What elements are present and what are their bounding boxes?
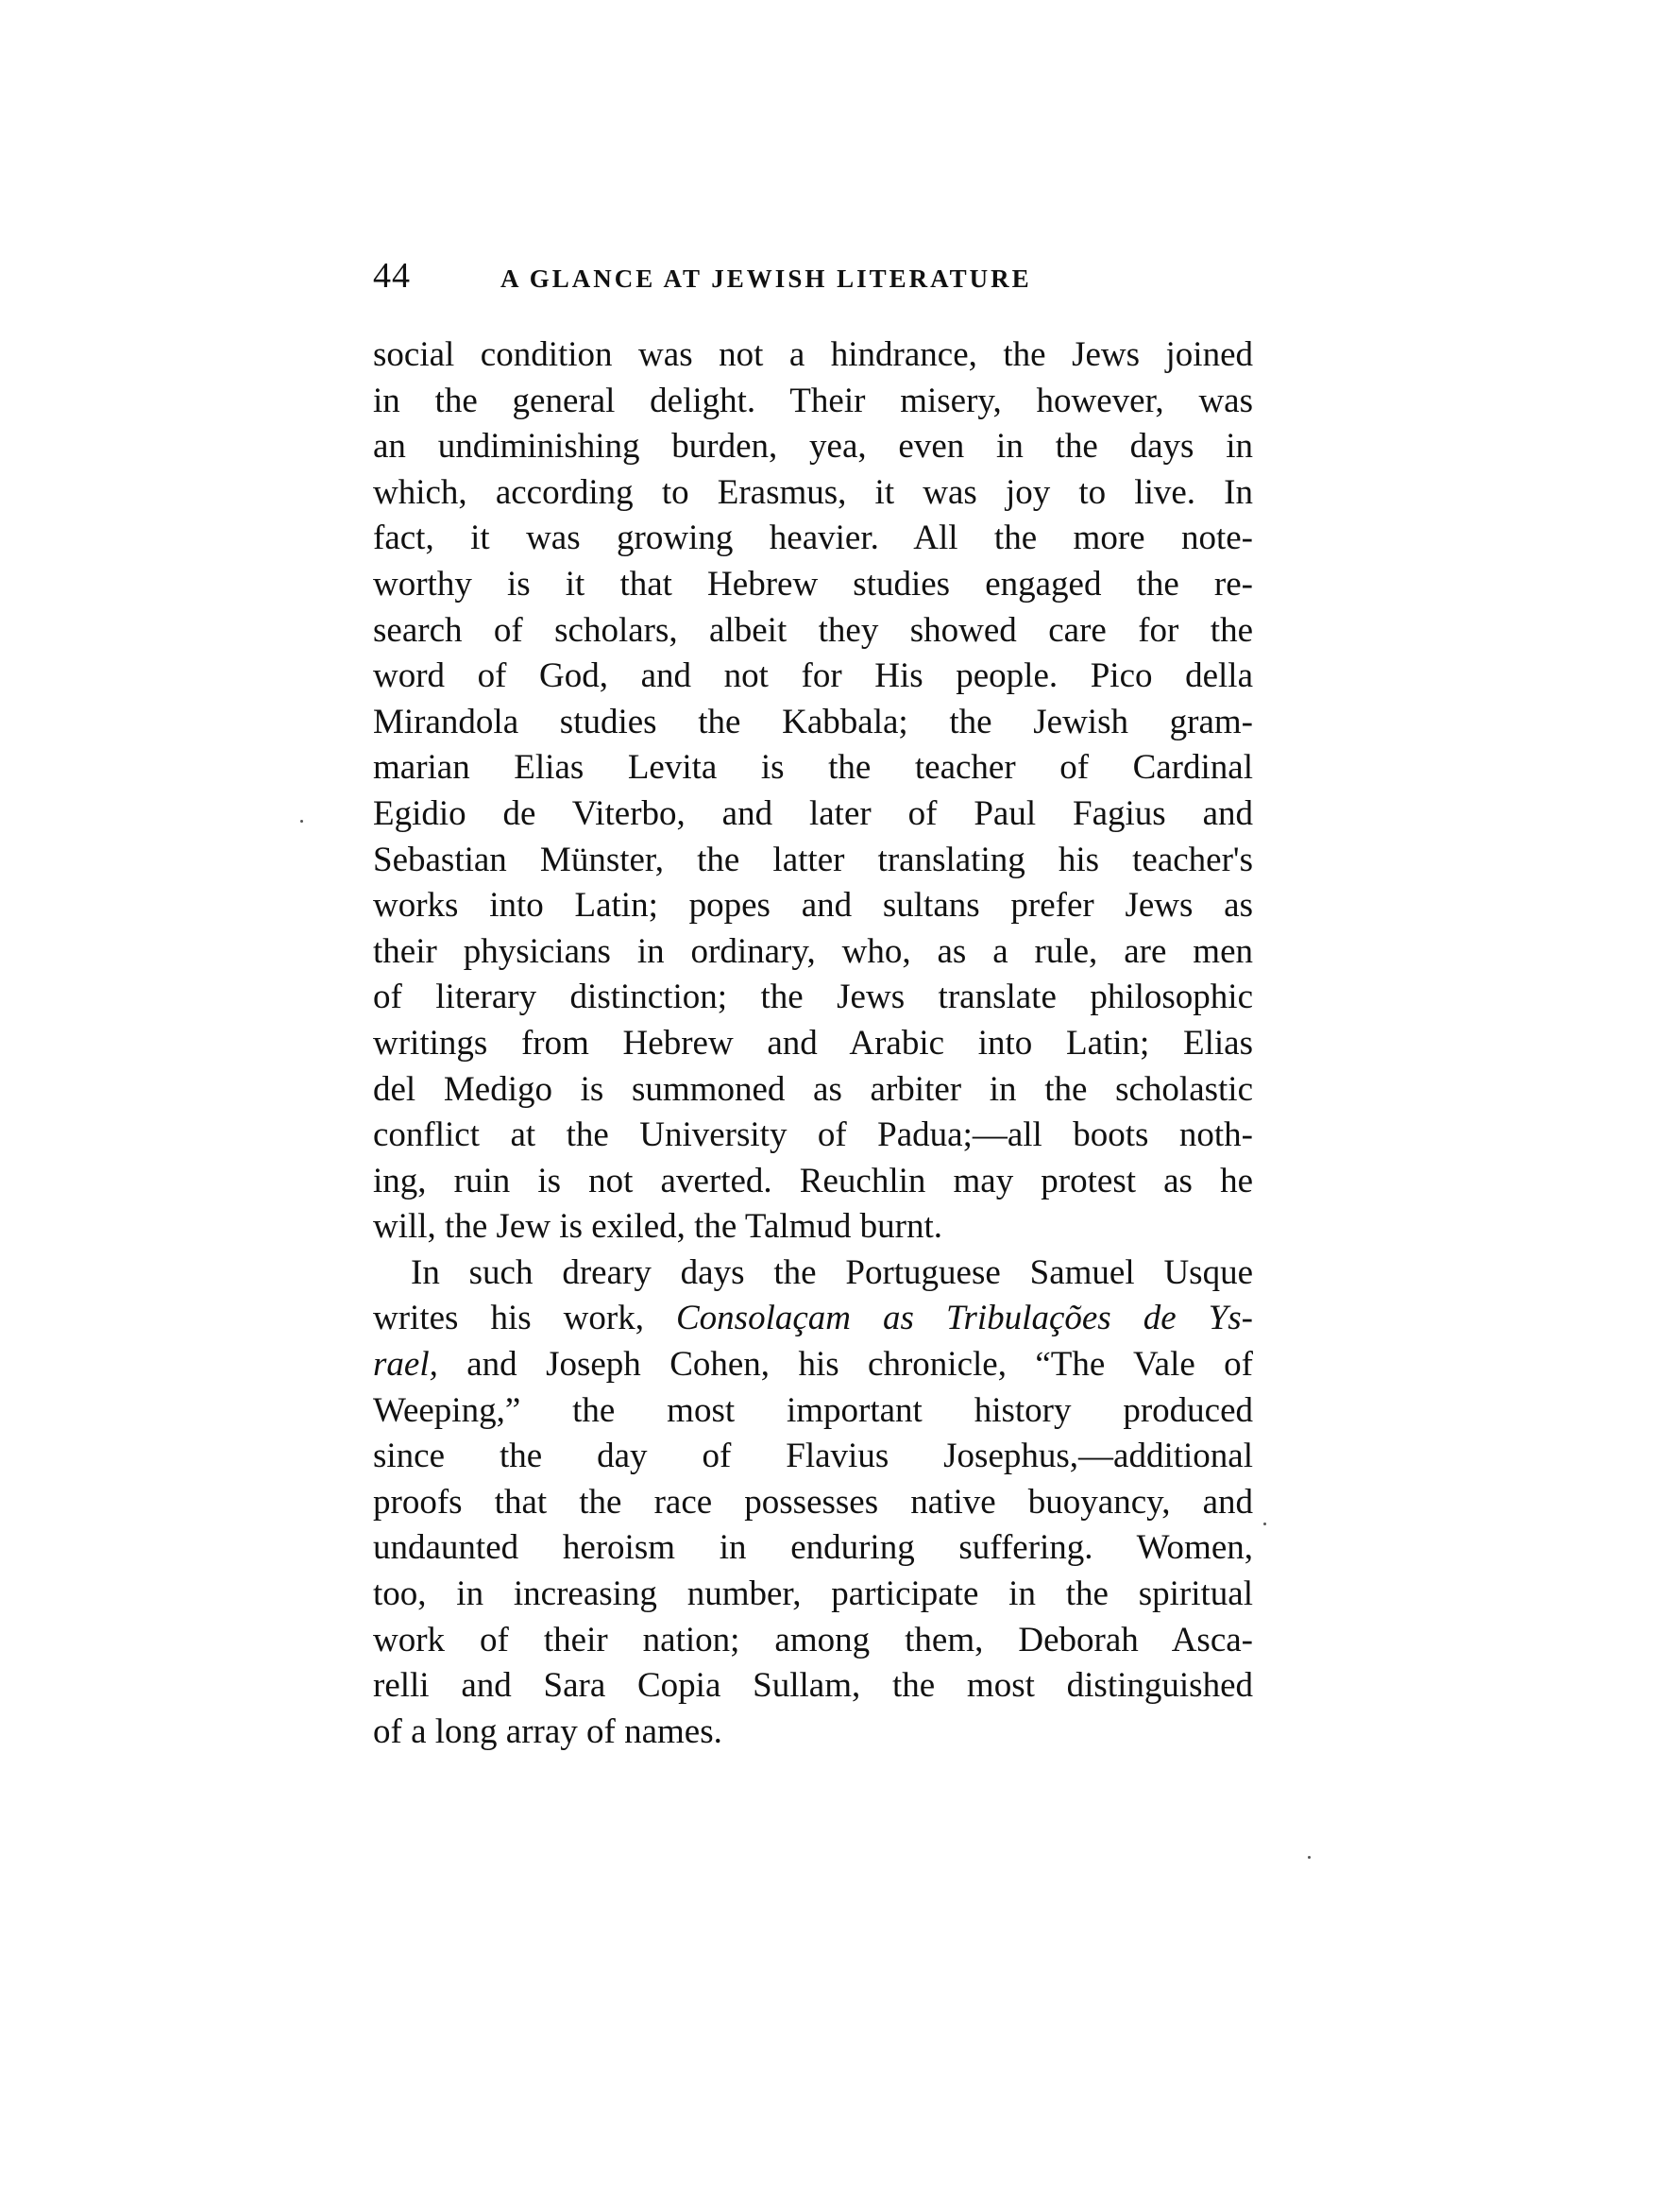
text-line: works into Latin; popes and sultans pref…: [373, 883, 1253, 929]
text-line: undaunted heroism in enduring suffering.…: [373, 1525, 1253, 1572]
body-text: social condition was not a hindrance, th…: [373, 332, 1253, 1755]
text-line: will, the Jew is exiled, the Talmud burn…: [373, 1204, 1253, 1251]
text-line: word of God, and not for His people. Pic…: [373, 654, 1253, 700]
text-line: of literary distinction; the Jews transl…: [373, 975, 1253, 1021]
text-line: work of their nation; among them, Debora…: [373, 1618, 1253, 1664]
text-line: Weeping,” the most important history pro…: [373, 1388, 1253, 1435]
text-line: ing, ruin is not averted. Reuchlin may p…: [373, 1159, 1253, 1205]
text-line: too, in increasing number, participate i…: [373, 1572, 1253, 1618]
text-line: writes his work, Consolaçam as Tribulaçõ…: [373, 1296, 1253, 1342]
text-line: relli and Sara Copia Sullam, the most di…: [373, 1663, 1253, 1710]
text-line: proofs that the race possesses native bu…: [373, 1480, 1253, 1526]
text-line: marian Elias Levita is the teacher of Ca…: [373, 745, 1253, 791]
text-run: writes his work,: [373, 1299, 676, 1337]
text-line: conflict at the University of Padua;—all…: [373, 1113, 1253, 1159]
text-run: and Joseph Cohen, his chronicle, “The Va…: [438, 1345, 1253, 1384]
text-line: of a long array of names.: [373, 1710, 1253, 1756]
paragraph-1: social condition was not a hindrance, th…: [373, 332, 1253, 1251]
text-line: Egidio de Viterbo, and later of Paul Fag…: [373, 791, 1253, 838]
text-line: rael, and Joseph Cohen, his chronicle, “…: [373, 1342, 1253, 1388]
text-line: Mirandola studies the Kabbala; the Jewis…: [373, 700, 1253, 746]
italic-title: rael,: [373, 1345, 438, 1384]
text-line: search of scholars, albeit they showed c…: [373, 608, 1253, 655]
running-head: 44 A GLANCE AT JEWISH LITERATURE: [373, 255, 1253, 312]
text-line: social condition was not a hindrance, th…: [373, 332, 1253, 379]
text-line: in the general delight. Their misery, ho…: [373, 379, 1253, 425]
scan-speck: [300, 820, 303, 823]
text-line: Sebastian Münster, the latter translatin…: [373, 838, 1253, 884]
text-line: since the day of Flavius Josephus,—addit…: [373, 1434, 1253, 1480]
text-line: writings from Hebrew and Arabic into Lat…: [373, 1021, 1253, 1067]
scan-speck: [1308, 1856, 1311, 1859]
scan-speck: [1263, 1523, 1266, 1525]
running-title: A GLANCE AT JEWISH LITERATURE: [500, 264, 1032, 294]
italic-title: Consolaçam as Tribulações de Ys-: [676, 1299, 1253, 1337]
page-number: 44: [373, 255, 500, 297]
book-page: 44 A GLANCE AT JEWISH LITERATURE social …: [373, 255, 1253, 1755]
text-line: an undiminishing burden, yea, even in th…: [373, 424, 1253, 470]
text-line: their physicians in ordinary, who, as a …: [373, 929, 1253, 976]
text-line: In such dreary days the Portuguese Samue…: [373, 1251, 1253, 1297]
text-line: fact, it was growing heavier. All the mo…: [373, 516, 1253, 562]
text-line: worthy is it that Hebrew studies engaged…: [373, 562, 1253, 608]
text-line: del Medigo is summoned as arbiter in the…: [373, 1067, 1253, 1114]
text-line: which, according to Erasmus, it was joy …: [373, 470, 1253, 517]
paragraph-2: In such dreary days the Portuguese Samue…: [373, 1251, 1253, 1756]
